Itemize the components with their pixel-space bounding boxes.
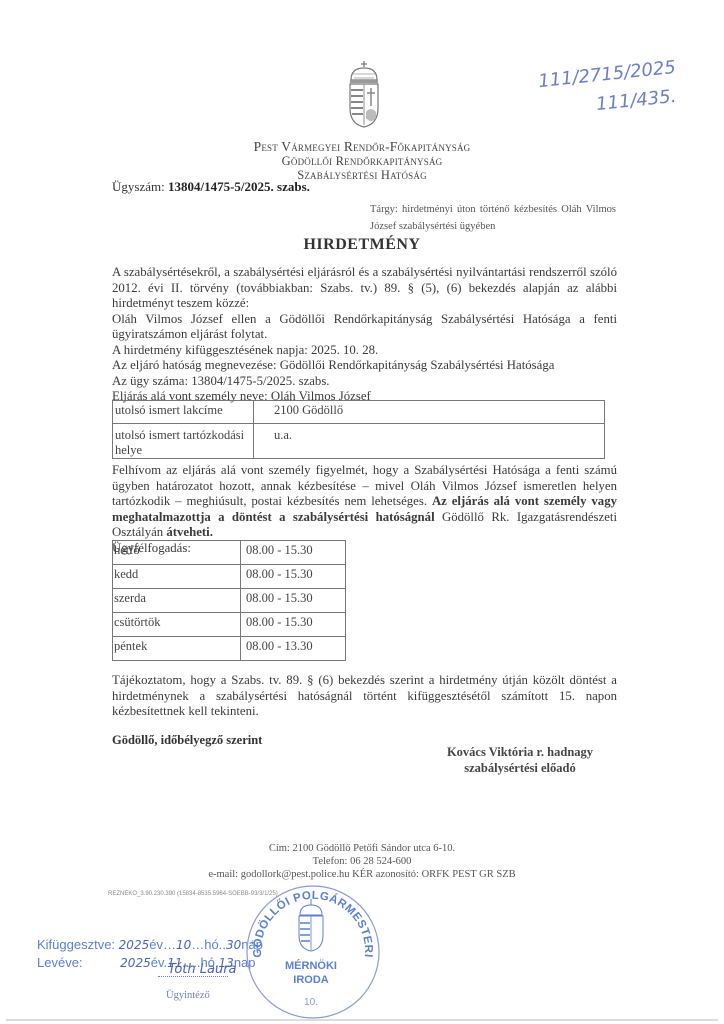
table-row: csütörtök08.00 - 15.30 bbox=[113, 613, 346, 637]
document-title: HIRDETMÉNY bbox=[0, 236, 724, 254]
case-number: 13804/1475-5/2025. szabs. bbox=[168, 179, 310, 194]
table-cell-label: utolsó ismert tartózkodási helye bbox=[113, 424, 254, 459]
case-number-line: Ügyszám: 13804/1475-5/2025. szabs. bbox=[112, 179, 310, 195]
org-line-2: Gödöllői Rendőrkapitányság bbox=[0, 154, 724, 169]
footer-address: Cím: 2100 Gödöllő Petőfi Sándor utca 6-1… bbox=[0, 842, 724, 855]
info-paragraph: Tájékoztatom, hogy a Szabs. tv. 89. § (6… bbox=[112, 673, 617, 720]
round-office-stamp: GÖDÖLLŐI POLGÁRMESTERI HIVATAL MÉRNÖKI I… bbox=[244, 883, 382, 1021]
hours-cell: 08.00 - 15.30 bbox=[241, 589, 346, 613]
case-number-label: Ügyszám: bbox=[112, 179, 168, 194]
signatory-title: szabálysértési előadó bbox=[420, 760, 620, 776]
day-cell: hétfő bbox=[113, 541, 241, 565]
office-hours-table: hétfő08.00 - 15.30 kedd08.00 - 15.30 sze… bbox=[112, 540, 346, 661]
clerk-label: Ügyintéző bbox=[166, 990, 210, 1001]
year-suffix: év bbox=[149, 937, 163, 952]
table-cell-value: u.a. bbox=[254, 424, 605, 459]
month-suffix: hó bbox=[204, 937, 218, 952]
footer-phone: Telefon: 06 28 524-600 bbox=[0, 855, 724, 868]
table-row: utolsó ismert lakcíme 2100 Gödöllő bbox=[113, 401, 605, 424]
notice-bold-text-2: átveheti. bbox=[166, 525, 213, 539]
case-no: Az ügy száma: 13804/1475-5/2025. szabs. bbox=[112, 374, 617, 390]
day-cell: csütörtök bbox=[113, 613, 241, 637]
subject: Tárgy: hirdetményi úton történő kézbesít… bbox=[370, 201, 616, 235]
place-and-date: Gödöllő, időbélyegző szerint bbox=[112, 733, 262, 748]
stamp-coat-of-arms-icon bbox=[299, 899, 323, 951]
handwritten-reference-number: 111/435. bbox=[595, 86, 677, 115]
table-cell-value: 2100 Gödöllő bbox=[254, 401, 605, 424]
signatory-name: Kovács Viktória r. hadnagy bbox=[420, 744, 620, 760]
table-row: hétfő08.00 - 15.30 bbox=[113, 541, 346, 565]
stamp-center-line2: IRODA bbox=[293, 974, 329, 986]
table-row: péntek08.00 - 13.30 bbox=[113, 637, 346, 661]
day-cell: szerda bbox=[113, 589, 241, 613]
removed-year: 2025 bbox=[120, 956, 151, 970]
hungarian-coat-of-arms-icon bbox=[345, 60, 383, 128]
stamp-center-line1: MÉRNÖKI bbox=[285, 959, 337, 972]
year-suffix: év bbox=[151, 955, 164, 970]
posted-line: Kifüggesztve: 2025év…10…hó..30nap bbox=[37, 937, 263, 952]
posted-month: 10 bbox=[176, 938, 191, 952]
table-row: szerda08.00 - 15.30 bbox=[113, 589, 346, 613]
org-line-1: Pest Vármegyei Rendőr-Főkapitányság bbox=[0, 139, 724, 155]
hours-cell: 08.00 - 15.30 bbox=[241, 541, 346, 565]
posted-year: 2025 bbox=[119, 938, 150, 952]
person-details-table: utolsó ismert lakcíme 2100 Gödöllő utols… bbox=[112, 400, 605, 459]
hours-cell: 08.00 - 15.30 bbox=[241, 613, 346, 637]
posted-label: Kifüggesztve: bbox=[37, 937, 115, 952]
hours-cell: 08.00 - 15.30 bbox=[241, 565, 346, 589]
clerk-signature: Tóth Laura bbox=[168, 962, 237, 977]
day-cell: péntek bbox=[113, 637, 241, 661]
authority-name: Az eljáró hatóság megnevezése: Gödöllői … bbox=[112, 358, 617, 374]
table-row: utolsó ismert tartózkodási helye u.a. bbox=[113, 424, 605, 459]
removed-label: Levéve: bbox=[37, 955, 83, 970]
table-row: kedd08.00 - 15.30 bbox=[113, 565, 346, 589]
signature-block: Kovács Viktória r. hadnagy szabálysértés… bbox=[420, 744, 620, 776]
proceeding-paragraph: Oláh Vilmos József ellen a Gödöllői Rend… bbox=[112, 312, 617, 343]
stamp-number: 10. bbox=[304, 997, 318, 1008]
page-edge-divider bbox=[6, 1019, 718, 1021]
hours-cell: 08.00 - 13.30 bbox=[241, 637, 346, 661]
posted-day: 30 bbox=[226, 938, 241, 952]
org-line-3: Szabálysértési Hatóság bbox=[0, 168, 724, 183]
table-cell-label: utolsó ismert lakcíme bbox=[113, 401, 254, 424]
intro-paragraph: A szabálysértésekről, a szabálysértési e… bbox=[112, 265, 617, 312]
posting-date: A hirdetmény kifüggesztésének napja: 202… bbox=[112, 343, 617, 359]
signature-line bbox=[158, 976, 228, 977]
body-section: A szabálysértésekről, a szabálysértési e… bbox=[112, 265, 617, 405]
footer-email: e-mail: godollork@pest.police.hu KÉR azo… bbox=[0, 868, 724, 881]
footer: Cím: 2100 Gödöllő Petőfi Sándor utca 6-1… bbox=[0, 842, 724, 881]
day-cell: kedd bbox=[113, 565, 241, 589]
